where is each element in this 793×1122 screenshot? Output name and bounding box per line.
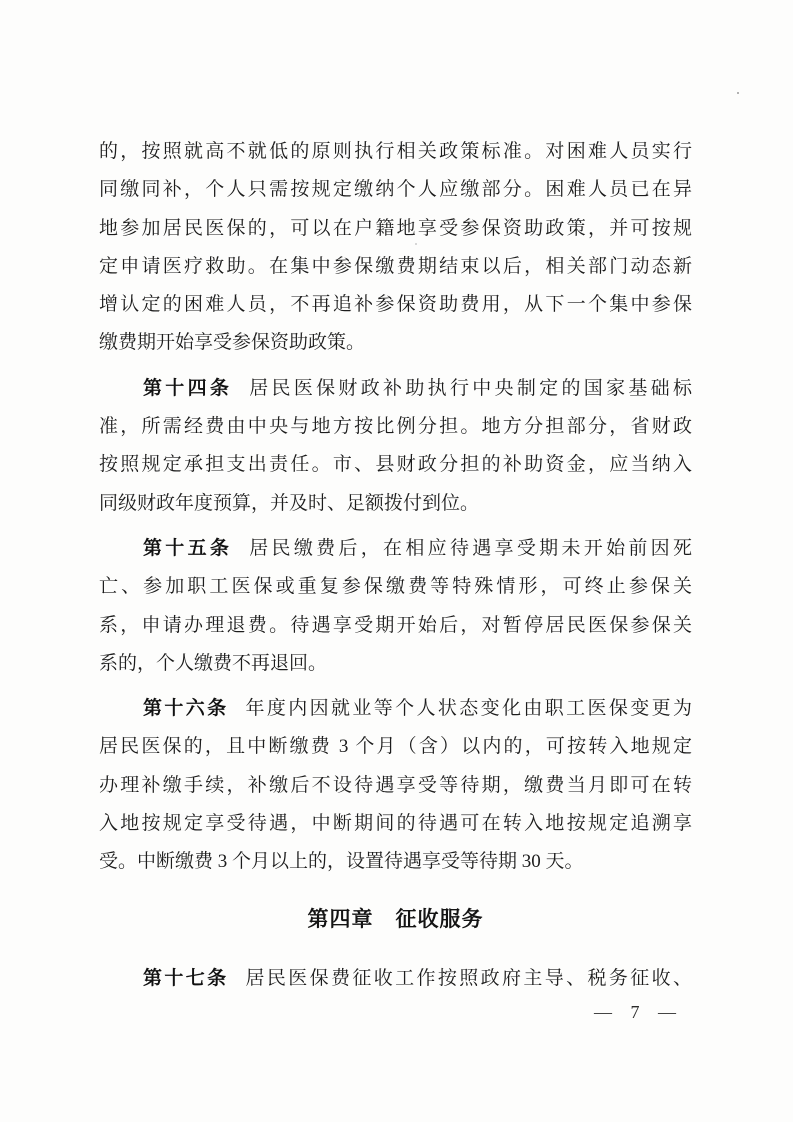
article-number: 第十七条 [143, 968, 229, 989]
scanned-document-page: 的，按照就高不就低的原则执行相关政策标准。对困难人员实行 同缴同补，个人只需按规… [0, 0, 793, 1122]
article-number: 第十六条 [143, 698, 229, 719]
scan-noise-speck [737, 92, 739, 94]
text-line: 系的，个人缴费不再退回。 [99, 645, 692, 683]
text-line: 增认定的困难人员，不再追补参保资助费用，从下一个集中参保 [99, 286, 692, 324]
text-line: 定申请医疗救助。在集中参保缴费期结束以后，相关部门动态新 [99, 248, 692, 286]
text-line: 办理补缴手续，补缴后不设待遇享受等待期，缴费当月即可在转 [99, 767, 692, 805]
text-line: 按照规定承担支出责任。市、县财政分担的补助资金，应当纳入 [99, 446, 692, 484]
line-text: 居民医保费征收工作按照政府主导、税务征收、 [246, 968, 692, 989]
text-line: 第十六条年度内因就业等个人状态变化由职工医保变更为 [99, 690, 692, 728]
text-line: 的，按照就高不就低的原则执行相关政策标准。对困难人员实行 [99, 133, 692, 171]
article-number: 第十四条 [143, 378, 232, 399]
page-number: — 7 — [594, 1002, 684, 1023]
text-line: 亡、参加职工医保或重复参保缴费等特殊情形，可终止参保关 [99, 568, 692, 606]
text-line: 同缴同补，个人只需按规定缴纳个人应缴部分。困难人员已在异 [99, 171, 692, 209]
text-line: 入地按规定享受待遇，中断期间的待遇可在转入地按规定追溯享 [99, 805, 692, 843]
text-line: 居民医保的，且中断缴费 3 个月（含）以内的，可按转入地规定 [99, 728, 692, 766]
line-text: 年度内因就业等个人状态变化由职工医保变更为 [246, 698, 692, 719]
paragraph-article-16: 第十六条年度内因就业等个人状态变化由职工医保变更为 居民医保的，且中断缴费 3 … [99, 690, 692, 881]
text-line: 受。中断缴费 3 个月以上的，设置待遇享受等待期 30 天。 [99, 843, 692, 881]
text-line: 第十四条居民医保财政补助执行中央制定的国家基础标 [99, 370, 692, 408]
chapter-heading: 第四章 征收服务 [99, 900, 692, 938]
paragraph-article-15: 第十五条居民缴费后，在相应待遇享受期未开始前因死 亡、参加职工医保或重复参保缴费… [99, 530, 692, 683]
text-line: 系，申请办理退费。待遇享受期开始后，对暂停居民医保参保关 [99, 607, 692, 645]
scan-noise-speck [415, 243, 417, 245]
text-line: 第十五条居民缴费后，在相应待遇享受期未开始前因死 [99, 530, 692, 568]
article-number: 第十五条 [143, 538, 232, 559]
text-line: 缴费期开始享受参保资助政策。 [99, 324, 692, 362]
paragraph-continuation: 的，按照就高不就低的原则执行相关政策标准。对困难人员实行 同缴同补，个人只需按规… [99, 133, 692, 363]
paragraph-article-14: 第十四条居民医保财政补助执行中央制定的国家基础标 准，所需经费由中央与地方按比例… [99, 370, 692, 523]
paragraph-article-17: 第十七条居民医保费征收工作按照政府主导、税务征收、 [99, 960, 692, 998]
text-line: 同级财政年度预算，并及时、足额拨付到位。 [99, 485, 692, 523]
document-body: 的，按照就高不就低的原则执行相关政策标准。对困难人员实行 同缴同补，个人只需按规… [99, 133, 692, 998]
line-text: 居民缴费后，在相应待遇享受期未开始前因死 [249, 538, 692, 559]
text-line: 准，所需经费由中央与地方按比例分担。地方分担部分，省财政 [99, 408, 692, 446]
text-line: 地参加居民医保的，可以在户籍地享受参保资助政策，并可按规 [99, 210, 692, 248]
text-line: 第十七条居民医保费征收工作按照政府主导、税务征收、 [99, 960, 692, 998]
line-text: 居民医保财政补助执行中央制定的国家基础标 [249, 378, 692, 399]
